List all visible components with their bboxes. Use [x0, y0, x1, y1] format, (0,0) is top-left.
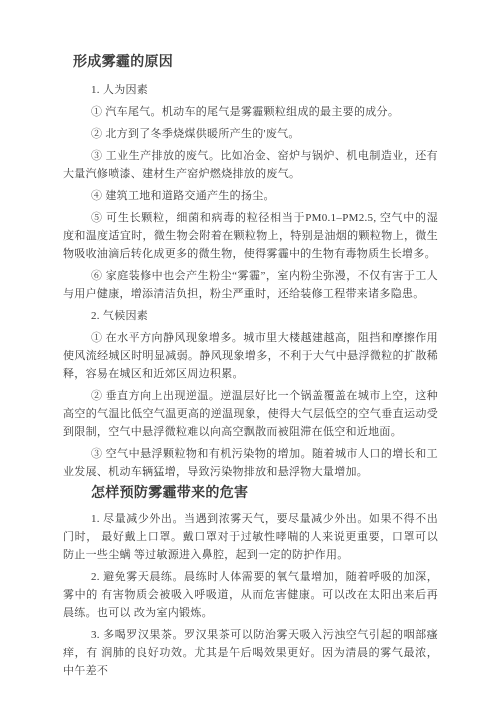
para-luohan-fruit-tea: 3. 多喝罗汉果茶。罗汉果茶可以防治雾天吸入污浊空气引起的咽部瘙痒，有 润肺的良…: [63, 626, 438, 680]
para-home-renovation-dust: ⑥ 家庭装修中也会产生粉尘“雾霾”，室内粉尘弥漫，不仅有害于工人与用户健康，增添…: [63, 267, 438, 303]
para-reduce-going-out: 1. 尽量减少外出。当遇到浓雾天气，要尽量减少外出。如果不得不出门时， 最好戴上…: [63, 510, 438, 564]
para-calm-wind: ① 在水平方向静风现象增多。城市里大楼越建越高，阻挡和摩擦作用使风流经城区时明显…: [63, 329, 438, 383]
para-temperature-inversion: ② 垂直方向上出现逆温。逆温层好比一个锅盖覆盖在城市上空，这种高空的气温比低空气…: [63, 387, 438, 441]
para-car-exhaust: ① 汽车尾气。机动车的尾气是雾霾颗粒组成的最主要的成分。: [63, 103, 438, 121]
para-suspended-pollutants: ③ 空气中悬浮颗粒物和有机污染物的增加。随着城市人口的增长和工业发展、机动车辆猛…: [63, 445, 438, 481]
heading-smog-causes: 形成雾霾的原因: [63, 54, 438, 72]
document-page: 形成雾霾的原因 1. 人为因素 ① 汽车尾气。机动车的尾气是雾霾颗粒组成的最主要…: [0, 0, 500, 707]
para-coal-heating: ② 北方到了冬季烧煤供暖所产生的'废气。: [63, 125, 438, 143]
para-avoid-morning-exercise: 2. 避免雾天晨练。晨练时人体需要的氧气量增加，随着呼吸的加深，雾中的 有害物质…: [63, 568, 438, 622]
heading-smog-prevention: 怎样预防雾霾带来的危害: [63, 485, 438, 503]
para-construction-dust: ④ 建筑工地和道路交通产生的扬尘。: [63, 187, 438, 205]
para-growable-particles: ⑤ 可生长颗粒，细菌和病毒的粒径相当于PM0.1–PM2.5, 空气中的湿度和温…: [63, 209, 438, 263]
subheading-human-factors: 1. 人为因素: [63, 81, 438, 99]
para-industrial-emissions: ③ 工业生产排放的废气。比如冶金、窑炉与锅炉、机电制造业，还有大量汽修喷漆、建材…: [63, 147, 438, 183]
subheading-climate-factors: 2. 气候因素: [63, 307, 438, 325]
